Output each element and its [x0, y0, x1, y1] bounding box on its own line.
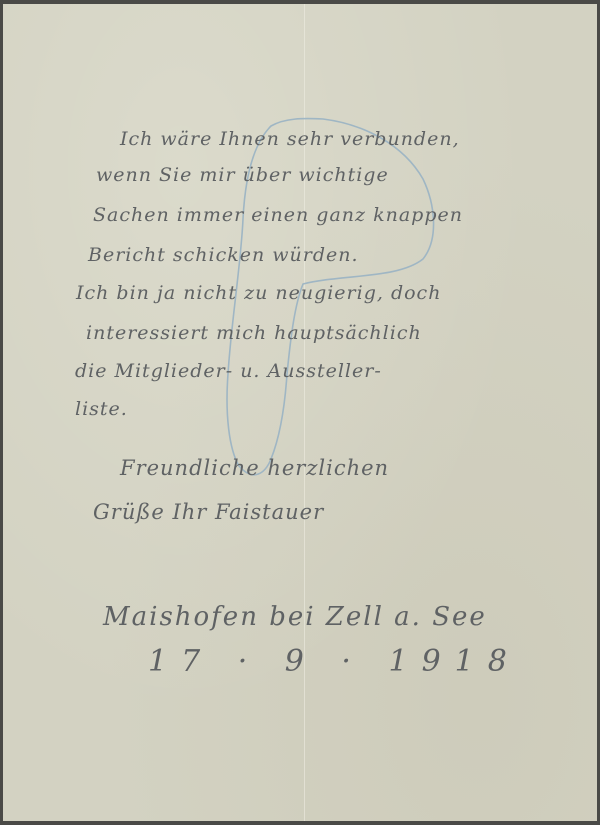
letter-line-1: Ich wäre Ihnen sehr verbunden,	[120, 128, 460, 150]
letter-line-4: Bericht schicken würden.	[88, 244, 359, 266]
place-line: Maishofen bei Zell a. See	[103, 602, 487, 632]
letter-line-7: die Mitglieder- u. Aussteller-	[75, 360, 382, 382]
closing-signature-line: Grüße Ihr Faistauer	[93, 500, 324, 524]
letter-line-2: wenn Sie mir über wichtige	[96, 164, 389, 186]
letter-paper: Ich wäre Ihnen sehr verbunden, wenn Sie …	[3, 4, 597, 821]
closing-line-1: Freundliche herzlichen	[120, 456, 389, 480]
letter-line-5: Ich bin ja nicht zu neugierig, doch	[76, 282, 441, 304]
letter-line-3: Sachen immer einen ganz knappen	[93, 204, 463, 226]
letter-line-8: liste.	[75, 398, 128, 420]
date-line: 17 · 9 · 1918	[148, 644, 521, 679]
letter-line-6: interessiert mich hauptsächlich	[86, 322, 422, 344]
